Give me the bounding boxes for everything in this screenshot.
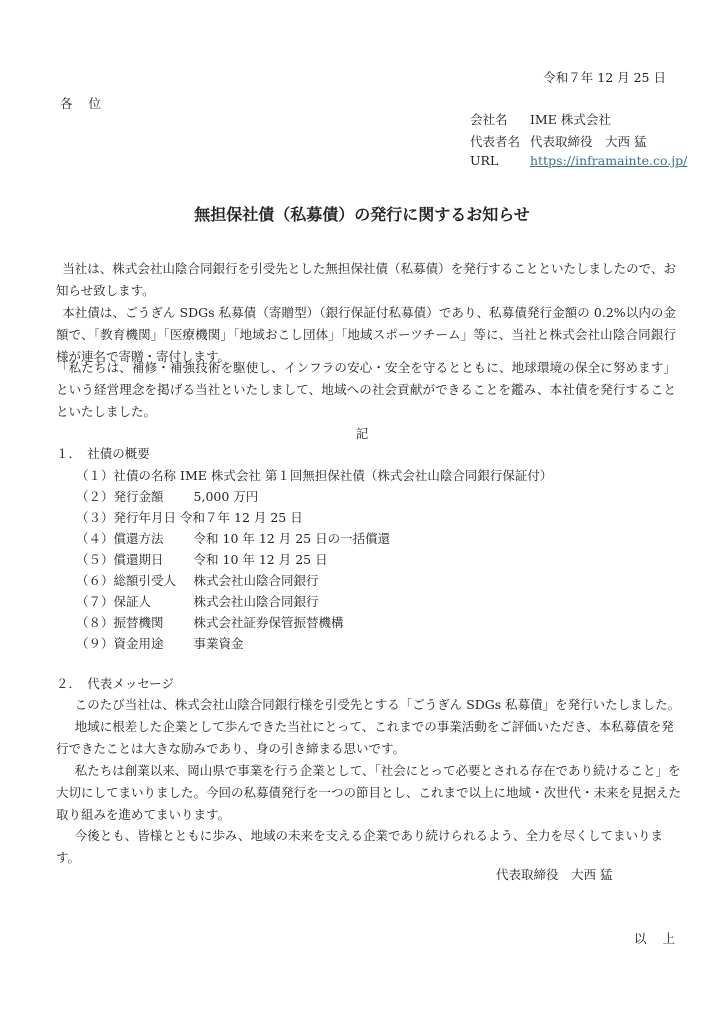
bond-item: （６）総額引受人株式会社山陰合同銀行 <box>76 571 319 589</box>
item-number: （７） <box>76 594 114 609</box>
message-paragraph-2: 地域に根差した企業として歩んできた当社にとって、これまでの事業活動をご評価いただ… <box>56 716 686 760</box>
page-title: 無担保社債（私募債）の発行に関するお知らせ <box>0 202 724 225</box>
signer: 代表取締役 大西 猛 <box>496 865 612 883</box>
representative-value: 代表取締役 大西 猛 <box>530 134 646 149</box>
company-url-link[interactable]: https://inframainte.co.jp/ <box>530 153 687 168</box>
company-row: 会社名 IME 株式会社 <box>470 110 611 128</box>
intro-paragraph-3: 「私たちは、補修・補強技術を駆使し、インフラの安心・安全を守るとともに、地球環境… <box>56 357 676 422</box>
item-number: （４） <box>76 531 114 546</box>
item-value: 令和７年 12 月 25 日 <box>180 510 303 525</box>
company-value: IME 株式会社 <box>530 112 611 127</box>
representative-label: 代表者名 <box>470 132 526 150</box>
item-value: 事業資金 <box>194 636 244 651</box>
item-label: 発行年月日 <box>114 510 177 525</box>
issue-date: 令和７年 12 月 25 日 <box>543 68 666 86</box>
url-row: URL https://inframainte.co.jp/ <box>470 153 687 168</box>
item-number: （６） <box>76 573 114 588</box>
section-1-heading: １． 社債の概要 <box>56 444 150 462</box>
bond-item: （２）発行金額5,000 万円 <box>76 487 258 505</box>
item-number: （３） <box>76 510 114 525</box>
item-number: （５） <box>76 552 114 567</box>
item-number: （８） <box>76 615 114 630</box>
url-label: URL <box>470 153 526 168</box>
bond-item: （５）償還期日令和 10 年 12 月 25 日 <box>76 550 328 568</box>
item-label: 発行金額 <box>114 487 194 505</box>
item-number: （１） <box>76 468 114 483</box>
bond-item: （４）償還方法令和 10 年 12 月 25 日の一括償還 <box>76 529 390 547</box>
bond-item: （７）保証人株式会社山陰合同銀行 <box>76 592 319 610</box>
item-label: 総額引受人 <box>114 571 194 589</box>
item-value: 令和 10 年 12 月 25 日の一括償還 <box>194 531 391 546</box>
item-value: 令和 10 年 12 月 25 日 <box>194 552 328 567</box>
intro-paragraph-1: 当社は、株式会社山陰合同銀行を引受先とした無担保社債（私募債）を発行することとい… <box>56 258 676 302</box>
bond-item: （３）発行年月日 令和７年 12 月 25 日 <box>76 508 303 526</box>
section-2-heading: ２． 代表メッセージ <box>56 674 174 692</box>
item-value: 株式会社山陰合同銀行 <box>194 594 319 609</box>
message-paragraph-4: 今後とも、皆様とともに歩み、地域の未来を支える企業であり続けられるよう、全力を尽… <box>56 825 686 869</box>
item-value: 株式会社証券保管振替機構 <box>194 615 344 630</box>
item-label: 保証人 <box>114 592 194 610</box>
bond-item: （９）資金用途事業資金 <box>76 634 244 652</box>
item-number: （２） <box>76 489 114 504</box>
item-label: 償還方法 <box>114 529 194 547</box>
message-paragraph-1: このたび当社は、株式会社山陰合同銀行様を引受先とする「ごうぎん SDGs 私募債… <box>56 694 686 716</box>
item-value: IME 株式会社 第１回無担保社債（株式会社山陰合同銀行保証付） <box>180 468 552 483</box>
bond-item: （１）社債の名称 IME 株式会社 第１回無担保社債（株式会社山陰合同銀行保証付… <box>76 466 552 484</box>
ki-marker: 記 <box>0 424 724 442</box>
bond-item: （８）振替機関株式会社証券保管振替機構 <box>76 613 344 631</box>
company-label: 会社名 <box>470 110 526 128</box>
item-value: 株式会社山陰合同銀行 <box>194 573 319 588</box>
message-paragraph-3: 私たちは創業以来、岡山県で事業を行う企業として、「社会にとって必要とされる存在で… <box>56 760 686 825</box>
addressee: 各 位 <box>60 94 107 112</box>
item-label: 償還期日 <box>114 550 194 568</box>
item-number: （９） <box>76 636 114 651</box>
closing-mark: 以 上 <box>634 929 681 947</box>
item-label: 社債の名称 <box>114 468 177 483</box>
item-label: 資金用途 <box>114 634 194 652</box>
representative-row: 代表者名 代表取締役 大西 猛 <box>470 132 646 150</box>
item-label: 振替機関 <box>114 613 194 631</box>
item-value: 5,000 万円 <box>194 489 259 504</box>
